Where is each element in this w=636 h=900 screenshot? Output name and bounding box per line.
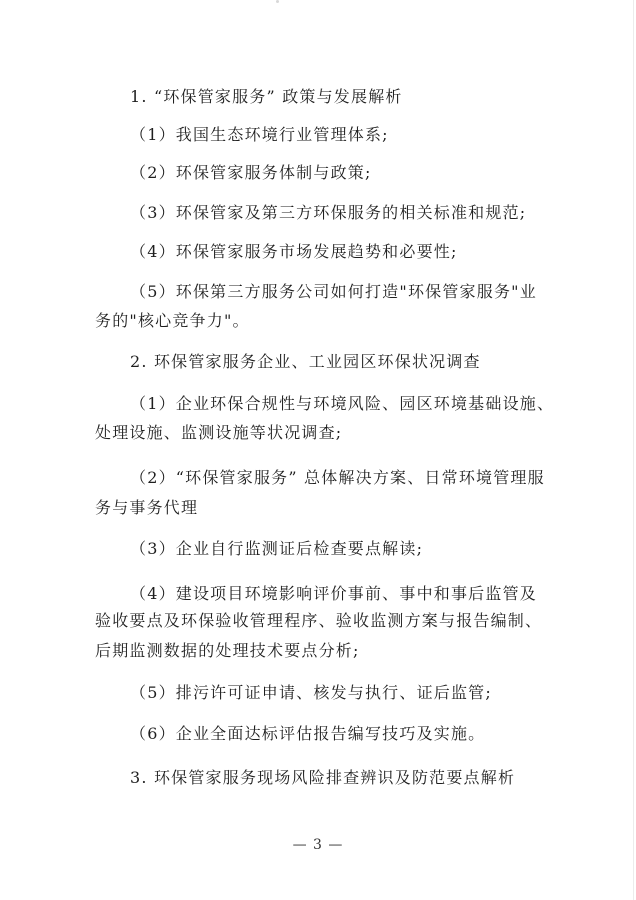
section-2-heading: 2. 环保管家服务企业、工业园区环保状况调查 bbox=[130, 352, 481, 372]
section-3-heading: 3. 环保管家服务现场风险排查辨识及防范要点解析 bbox=[130, 768, 515, 788]
section-1-item-3: （3）环保管家及第三方环保服务的相关标准和规范; bbox=[130, 203, 526, 223]
document-page: 1. “环保管家服务” 政策与发展解析 （1）我国生态环境行业管理体系; （2）… bbox=[0, 0, 636, 900]
section-1-heading: 1. “环保管家服务” 政策与发展解析 bbox=[130, 87, 403, 107]
section-2-item-4: （4）建设项目环境影响评价事前、事中和事后监管及 bbox=[130, 584, 537, 604]
section-2-item-4-continuation-2: 后期监测数据的处理技术要点分析; bbox=[95, 641, 360, 661]
scan-mark bbox=[276, 0, 279, 3]
section-2-item-4-continuation-1: 验收要点及环保验收管理程序、验收监测方案与报告编制、 bbox=[95, 611, 542, 631]
section-1-item-1: （1）我国生态环境行业管理体系; bbox=[130, 125, 389, 145]
page-number: — 3 — bbox=[0, 836, 636, 854]
section-1-item-5: （5）环保第三方服务公司如何打造"环保管家服务"业 bbox=[130, 282, 537, 302]
section-2-item-3: （3）企业自行监测证后检查要点解读; bbox=[130, 539, 423, 559]
section-2-item-6: （6）企业全面达标评估报告编写技巧及实施。 bbox=[130, 724, 485, 744]
section-2-item-5: （5）排污许可证申请、核发与执行、证后监管; bbox=[130, 683, 492, 703]
section-1-item-2: （2）环保管家服务体制与政策; bbox=[130, 163, 372, 183]
section-1-item-4: （4）环保管家服务市场发展趋势和必要性; bbox=[130, 242, 458, 262]
section-2-item-2: （2）“环保管家服务” 总体解决方案、日常环境管理服 bbox=[130, 468, 545, 488]
section-2-item-2-continuation: 务与事务代理 bbox=[95, 498, 198, 518]
section-2-item-1-continuation: 处理设施、监测设施等状况调查; bbox=[95, 423, 342, 443]
section-2-item-1: （1）企业环保合规性与环境风险、园区环境基础设施、 bbox=[130, 394, 554, 414]
page-edge bbox=[633, 0, 634, 900]
section-1-item-5-continuation: 务的"核心竞争力"。 bbox=[95, 311, 250, 331]
